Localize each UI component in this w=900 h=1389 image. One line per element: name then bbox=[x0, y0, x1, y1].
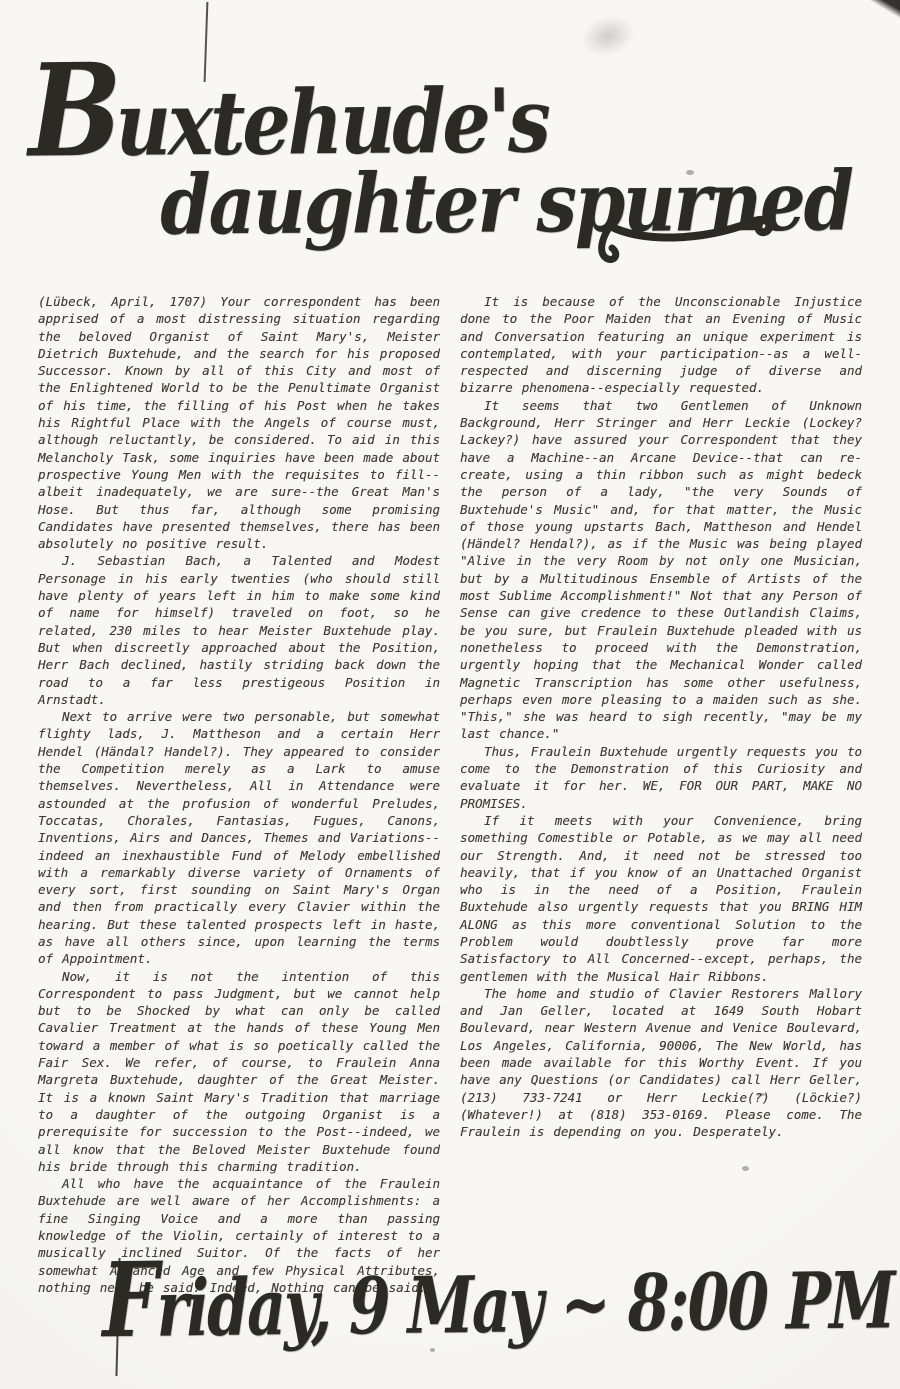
scan-smudge bbox=[575, 8, 641, 63]
title-flourish-swash bbox=[596, 186, 786, 278]
paragraph: Thus, Fraulein Buxtehude urgently reques… bbox=[460, 743, 862, 812]
paragraph: The home and studio of Clavier Restorers… bbox=[460, 985, 862, 1141]
paragraph: Next to arrive were two personable, but … bbox=[38, 708, 440, 967]
scanned-flyer-page: Buxtehude's daughter spurned (Lübeck, Ap… bbox=[0, 0, 900, 1389]
page-corner-mark bbox=[870, 0, 900, 18]
paragraph: If it meets with your Convenience, bring… bbox=[460, 812, 862, 985]
right-column: It is because of the Unconscionable Inju… bbox=[460, 293, 862, 1296]
event-datetime: Friday, 9 May ~ 8:00 PM bbox=[102, 1231, 894, 1361]
paragraph: (Lübeck, April, 1707) Your correspondent… bbox=[38, 293, 440, 552]
paragraph: J. Sebastian Bach, a Talented and Modest… bbox=[38, 552, 440, 708]
paragraph: It is because of the Unconscionable Inju… bbox=[460, 293, 862, 397]
paragraph: It seems that two Gentlemen of Unknown B… bbox=[460, 397, 862, 743]
paragraph: Now, it is not the intention of this Cor… bbox=[38, 968, 440, 1176]
article-body: (Lübeck, April, 1707) Your correspondent… bbox=[38, 293, 862, 1296]
left-column: (Lübeck, April, 1707) Your correspondent… bbox=[38, 293, 440, 1296]
